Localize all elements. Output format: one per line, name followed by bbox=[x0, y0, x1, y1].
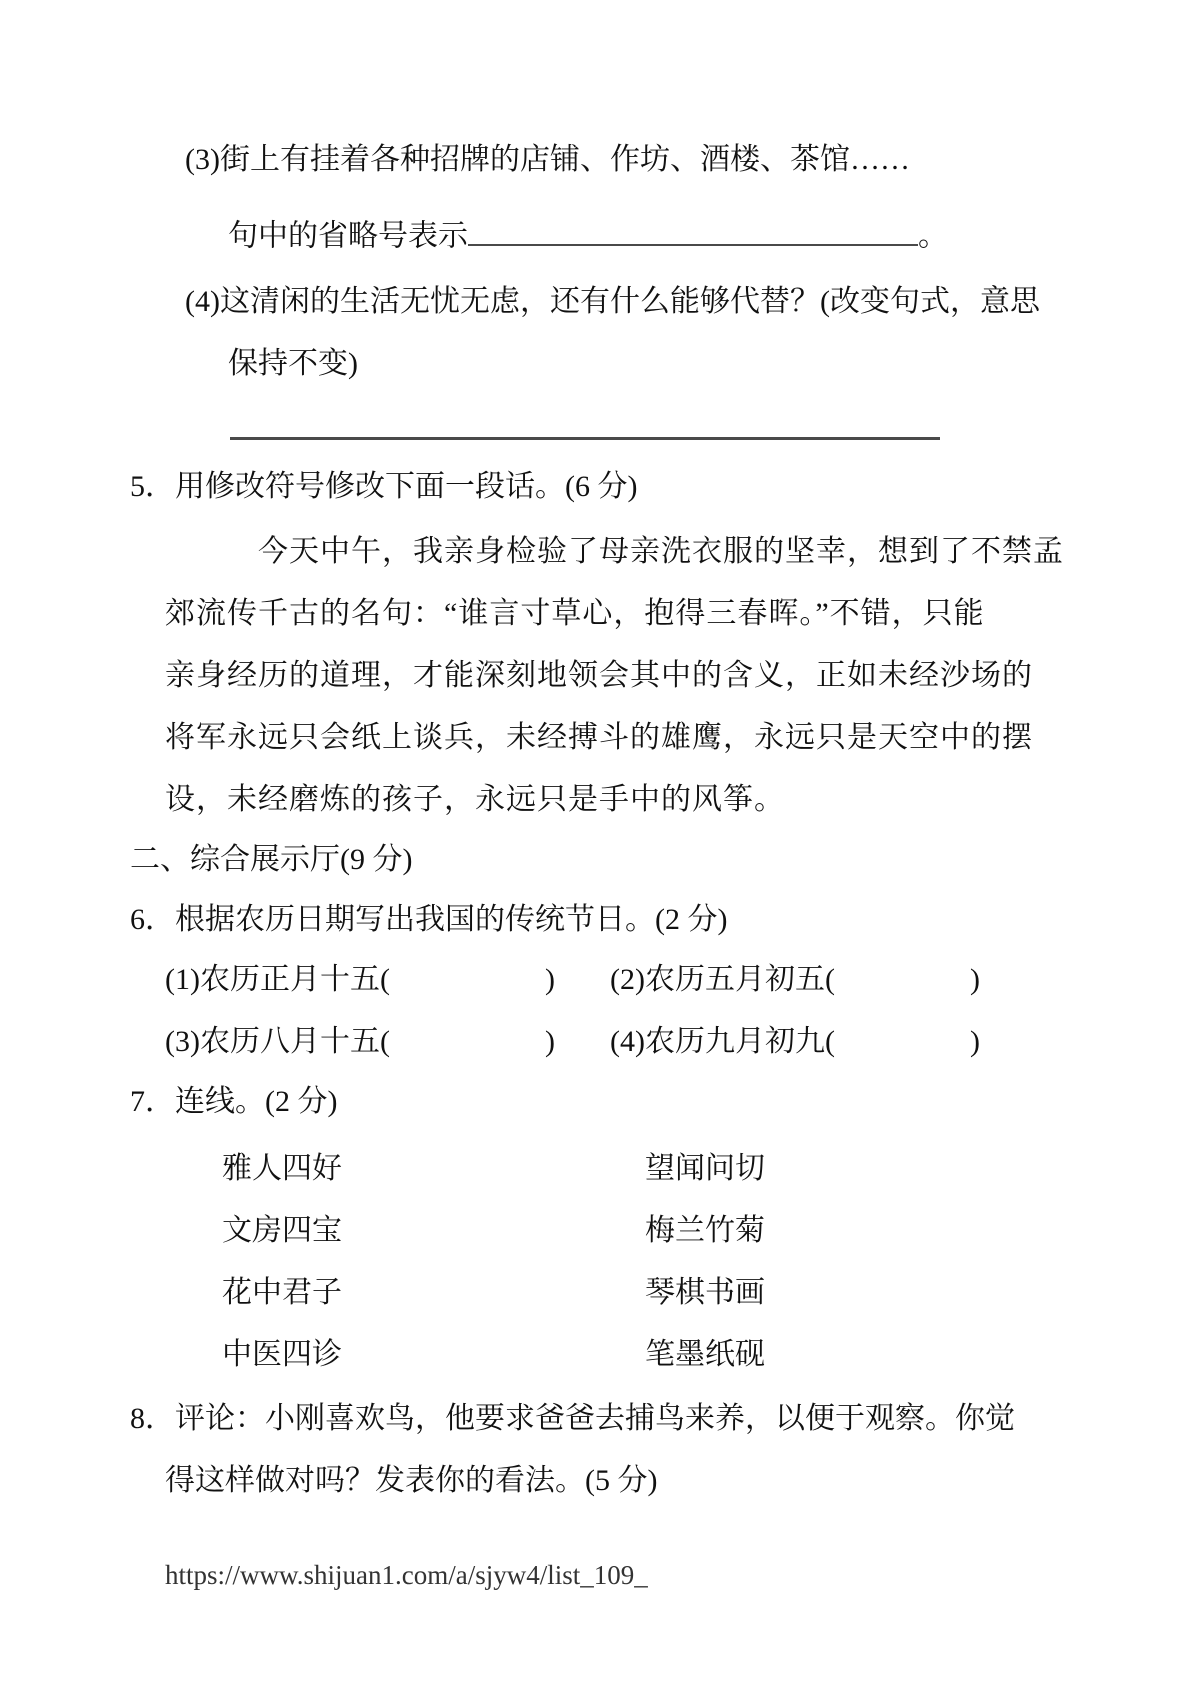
question-4-sub3-text: (3)街上有挂着各种招牌的店铺、作坊、酒楼、茶馆…… bbox=[185, 143, 910, 176]
answer-blank-rule bbox=[230, 437, 940, 440]
question-6-item-1: (1)农历正月十五() bbox=[165, 963, 555, 996]
match-left-item: 花中君子 bbox=[222, 1276, 342, 1309]
festival-item-prefix: (2)农历五月初五( bbox=[610, 963, 835, 996]
question-4-sub4-line2: 保持不变) bbox=[228, 347, 358, 380]
festival-item-suffix: ) bbox=[970, 1025, 980, 1058]
question-5-paragraph-line: 亲身经历的道理，才能深刻地领会其中的含义，正如未经沙场的 bbox=[165, 659, 1033, 692]
question-4-sub3-answer-line: 句中的省略号表示。 bbox=[228, 215, 948, 253]
match-left-item: 雅人四好 bbox=[222, 1152, 342, 1185]
festival-item-prefix: (3)农历八月十五( bbox=[165, 1025, 390, 1058]
festival-item-prefix: (4)农历九月初九( bbox=[610, 1025, 835, 1058]
section-2-heading: 二、综合展示厅(9 分) bbox=[130, 843, 412, 876]
question-5-paragraph-line: 设，未经磨炼的孩子，永远只是手中的风筝。 bbox=[165, 783, 785, 816]
festival-item-suffix: ) bbox=[545, 1025, 555, 1058]
match-right-item: 琴棋书画 bbox=[645, 1276, 765, 1309]
question-5-paragraph-line: 郊流传千古的名句：“谁言寸草心，抱得三春晖。”不错，只能 bbox=[165, 597, 985, 630]
answer-prompt-text: 句中的省略号表示 bbox=[228, 220, 468, 253]
match-left-item: 中医四诊 bbox=[222, 1338, 342, 1371]
question-5-paragraph-line: 今天中午，我亲身检验了母亲洗衣服的坚幸，想到了不禁孟 bbox=[258, 535, 1064, 568]
question-8-line1: 8．评论：小刚喜欢鸟，他要求爸爸去捕鸟来养，以便于观察。你觉 bbox=[130, 1402, 1015, 1435]
question-5-paragraph-line: 将军永远只会纸上谈兵，未经搏斗的雄鹰，永远只是天空中的摆 bbox=[165, 721, 1033, 754]
match-left-item: 文房四宝 bbox=[222, 1214, 342, 1247]
question-4-sub4-line1: (4)这清闲的生活无忧无虑，还有什么能够代替？(改变句式，意思 bbox=[185, 285, 1040, 318]
match-right-item: 梅兰竹菊 bbox=[645, 1214, 765, 1247]
match-right-item: 望闻问切 bbox=[645, 1152, 765, 1185]
question-6-item-4: (4)农历九月初九() bbox=[610, 1025, 980, 1058]
exam-page: (3)街上有挂着各种招牌的店铺、作坊、酒楼、茶馆…… 句中的省略号表示。 (4)… bbox=[0, 0, 1191, 1684]
match-right-item: 笔墨纸砚 bbox=[645, 1338, 765, 1371]
festival-item-suffix: ) bbox=[970, 963, 980, 996]
question-6-item-2: (2)农历五月初五() bbox=[610, 963, 980, 996]
question-8-line2: 得这样做对吗？发表你的看法。(5 分) bbox=[165, 1464, 657, 1497]
question-6-title: 6．根据农历日期写出我国的传统节日。(2 分) bbox=[130, 903, 727, 936]
festival-item-prefix: (1)农历正月十五( bbox=[165, 963, 390, 996]
answer-blank-line bbox=[468, 215, 918, 246]
festival-item-suffix: ) bbox=[545, 963, 555, 996]
question-7-title: 7．连线。(2 分) bbox=[130, 1085, 337, 1118]
answer-suffix-period: 。 bbox=[918, 220, 948, 253]
question-5-title: 5．用修改符号修改下面一段话。(6 分) bbox=[130, 470, 637, 503]
question-6-item-3: (3)农历八月十五() bbox=[165, 1025, 555, 1058]
footer-source-url: https://www.shijuan1.com/a/sjyw4/list_10… bbox=[165, 1560, 648, 1591]
